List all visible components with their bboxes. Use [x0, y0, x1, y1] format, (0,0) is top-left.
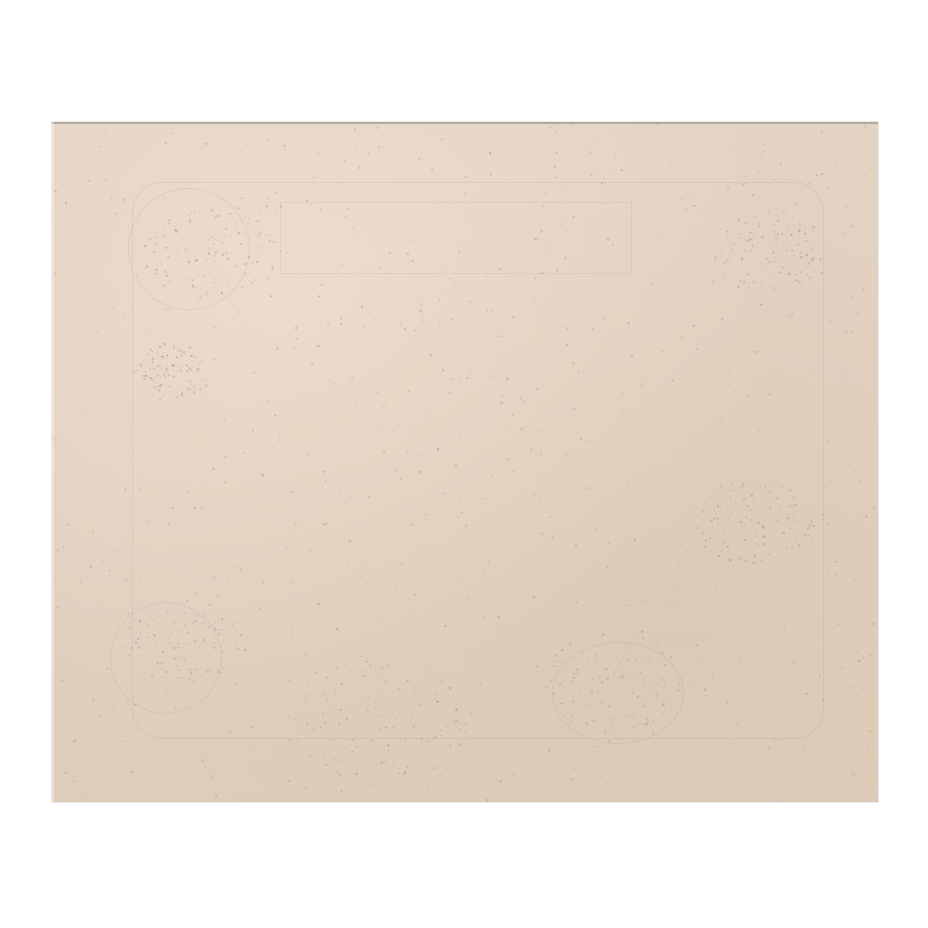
banknote-back	[52, 122, 878, 802]
show-through-seal-bottom-right	[552, 642, 684, 744]
scan-background	[0, 0, 928, 928]
show-through-header-panel	[280, 202, 632, 274]
show-through-seal-top-left	[128, 188, 250, 310]
show-through-seal-bottom-left	[110, 602, 222, 714]
